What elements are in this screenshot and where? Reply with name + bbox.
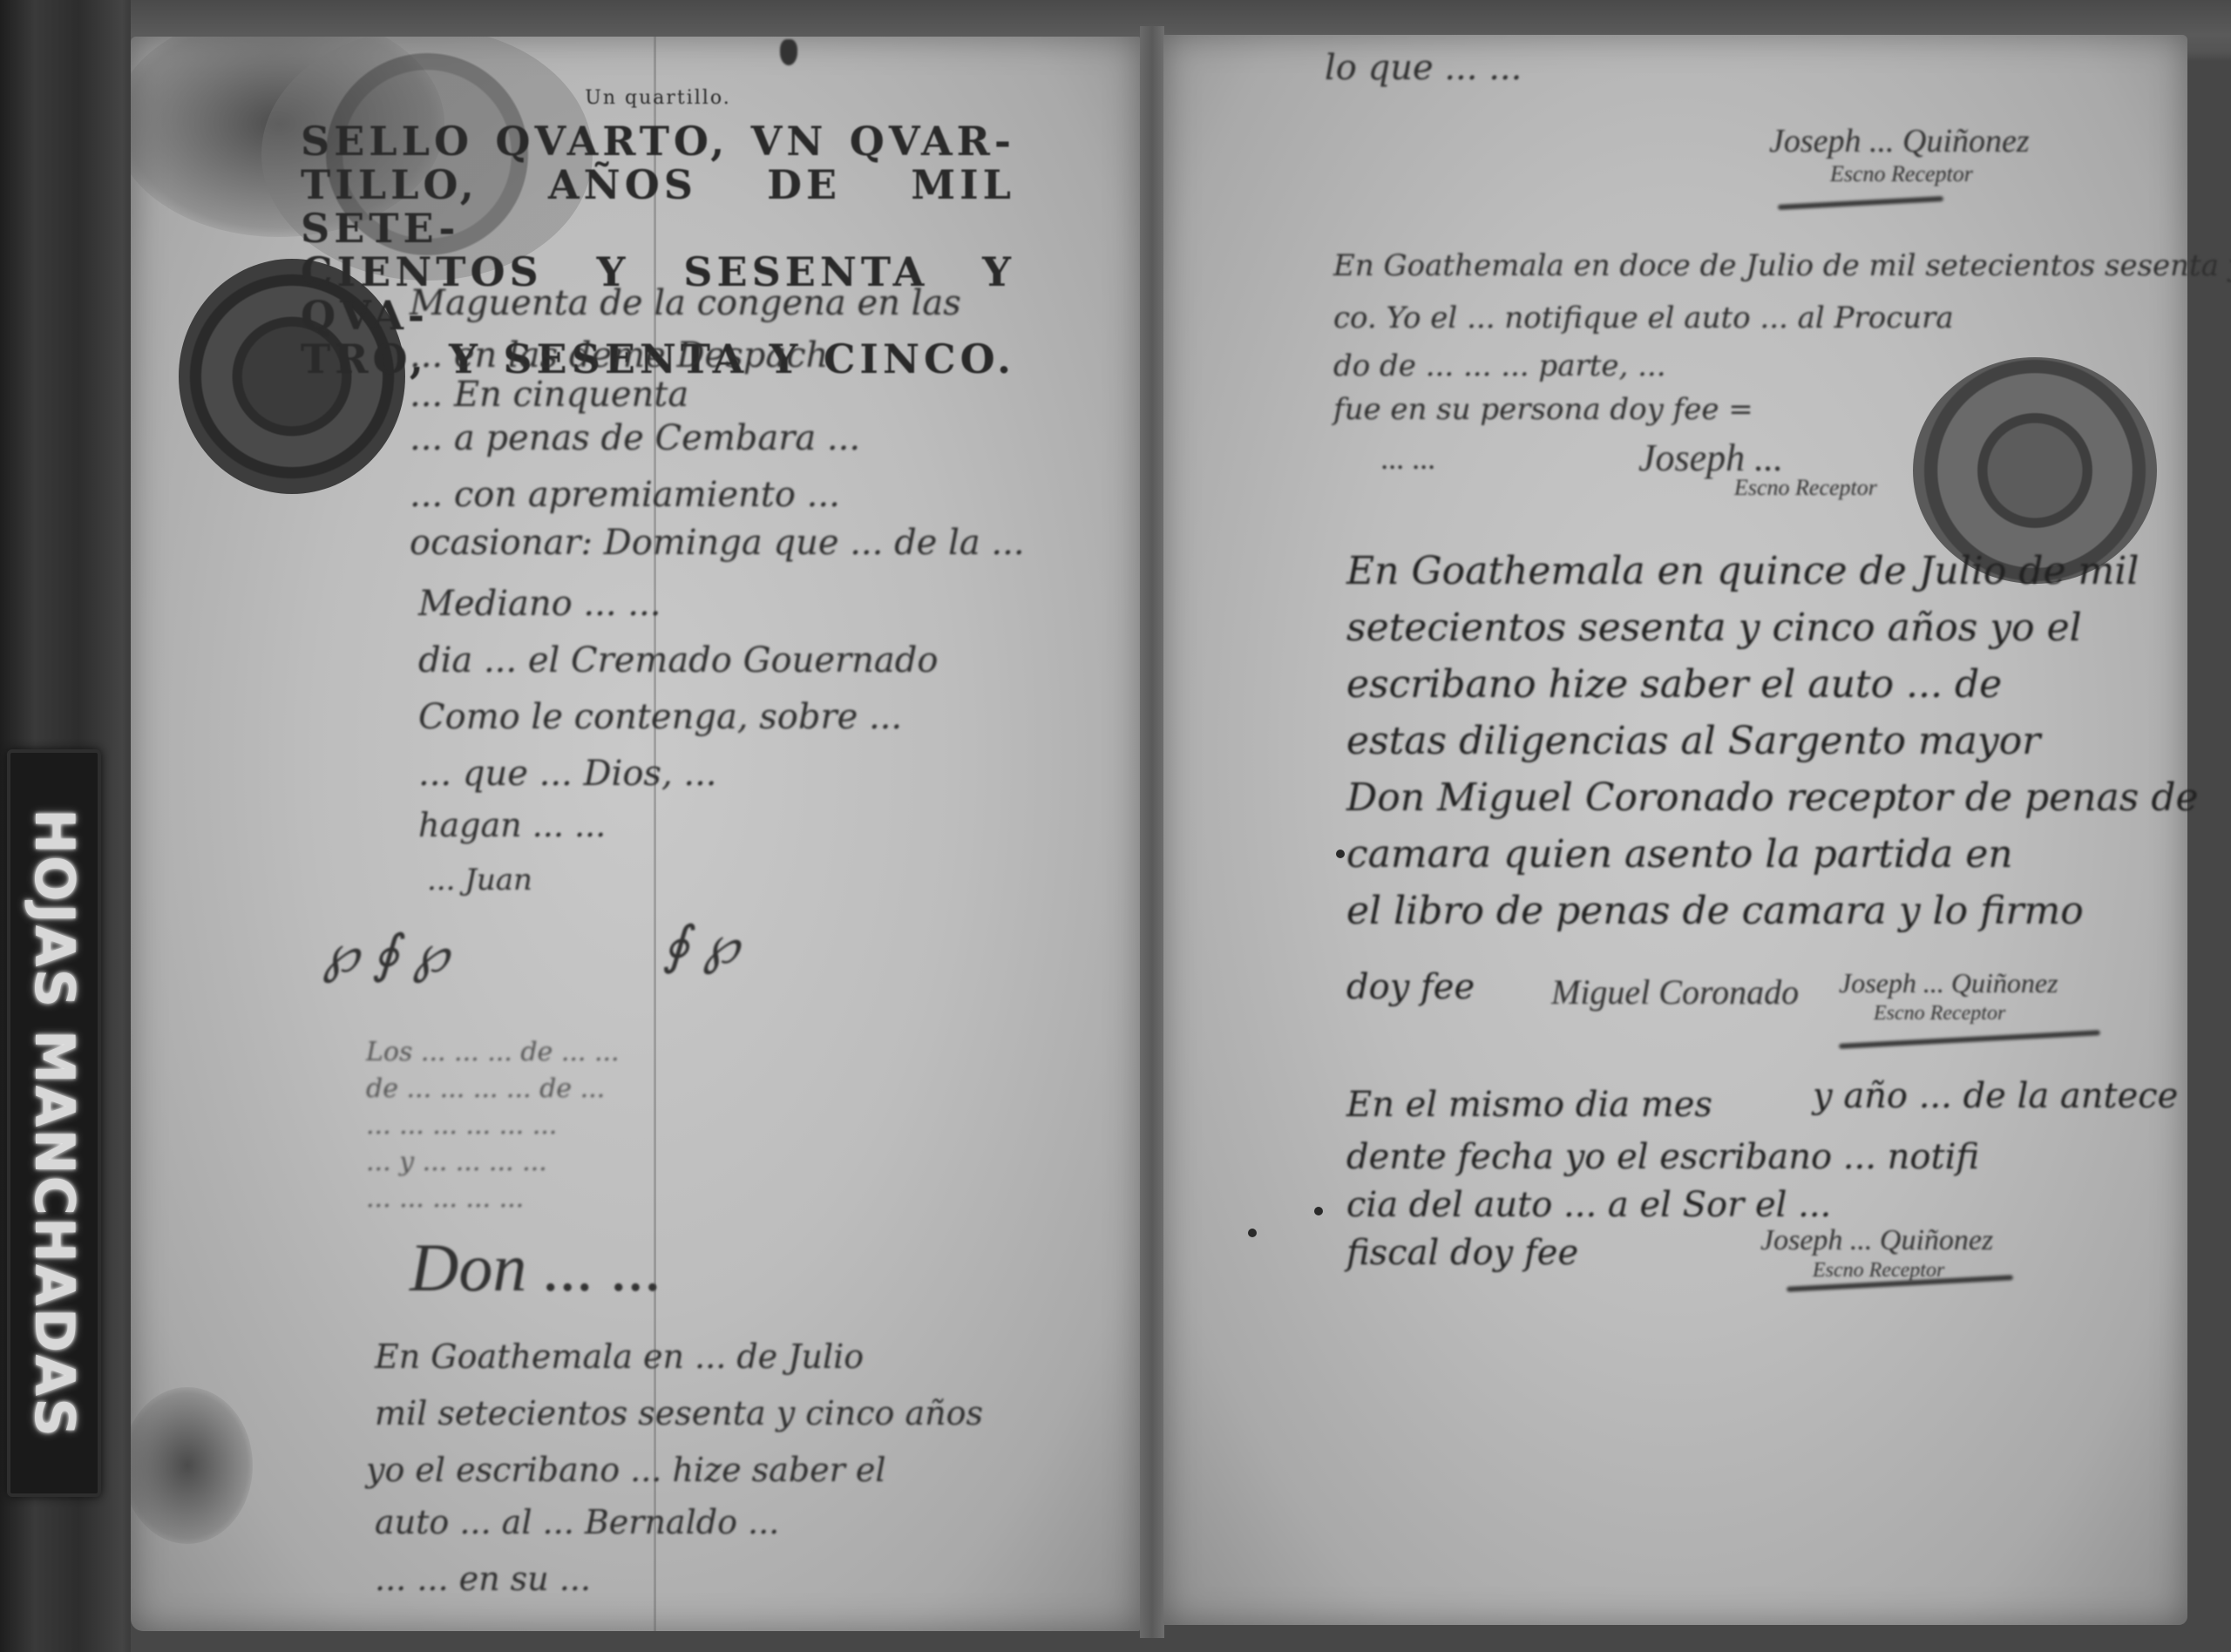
side-label-tab: HOJAS MANCHADAS: [7, 749, 101, 1497]
handwritten-line: do de ... ... ... parte, ...: [1333, 349, 1666, 383]
signature-entry-two-left: Miguel Coronado: [1551, 972, 1799, 1012]
handwritten-line: ... En cinquenta: [410, 375, 688, 415]
header-line: TILLO, AÑOS DE MIL SETE-: [301, 163, 1015, 250]
signature-title: Escno Receptor: [1734, 475, 1877, 501]
handwritten-line: dente fecha yo el escribano ... notifi: [1346, 1137, 1979, 1177]
handwritten-line: dia ... el Cremado Gouernado: [418, 640, 938, 680]
margin-dot: [1314, 1207, 1323, 1215]
margin-note-line: ... y ... ... ... ...: [366, 1147, 547, 1177]
rubric-flourish: ∮ ℘: [662, 915, 739, 976]
margin-note-line: Los ... ... ... de ... ...: [366, 1037, 620, 1067]
handwritten-line: ... con apremiamiento ...: [410, 475, 840, 515]
handwritten-line: hagan ... ...: [418, 806, 606, 844]
margin-dot: [1248, 1229, 1257, 1237]
signature-entry-two-right: Joseph ... Quiñonez: [1839, 967, 2058, 999]
handwritten-line: ... ... en su ...: [375, 1560, 591, 1598]
handwritten-line: yo el escribano ... hize saber el: [366, 1451, 886, 1489]
handwritten-line: En Goathemala en quince de Julio de mil: [1346, 549, 2139, 593]
handwritten-line: Don Miguel Coronado receptor de penas de: [1346, 775, 2199, 820]
signature-entry-three: Joseph ... Quiñonez: [1760, 1224, 1993, 1257]
handwritten-line: En el mismo dia mes: [1346, 1085, 1712, 1125]
handwritten-line: co. Yo el ... notifique el auto ... al P…: [1333, 301, 1954, 335]
handwritten-line: setecientos sesenta y cinco años yo el: [1346, 606, 2082, 650]
handwritten-line: camara quien asento la partida en: [1346, 832, 2013, 877]
header-price: Un quartillo.: [301, 87, 1015, 109]
signature-title: Escno Receptor: [1830, 161, 1973, 187]
handwritten-line: Maguenta de la congena en las: [410, 283, 961, 323]
margin-note-line: de ... ... ... ... de ...: [366, 1073, 605, 1104]
handwritten-line: doy fee: [1346, 967, 1475, 1007]
margin-dot: [1336, 850, 1345, 858]
cross-mark-icon: [780, 39, 797, 65]
handwritten-line: y año ... de la antece: [1813, 1076, 2178, 1116]
handwritten-line: ... Juan: [427, 863, 532, 897]
handwritten-line: estas diligencias al Sargento mayor: [1346, 719, 2040, 763]
handwritten-line: el libro de penas de camara y lo firmo: [1346, 889, 2084, 933]
water-stain: [131, 1387, 253, 1544]
rubric-flourish: ℘ ∮ ℘: [322, 924, 449, 985]
right-top-line: lo que ... ...: [1325, 48, 1522, 88]
handwritten-line: ... en las deme Despach: [410, 335, 828, 376]
page-gutter: [1140, 26, 1164, 1638]
handwritten-line: ocasionar: Dominga que ... de la ...: [410, 523, 1025, 563]
signature-entry-one-left: ... ...: [1381, 440, 1436, 477]
handwritten-line: Como le contenga, sobre ...: [418, 697, 902, 737]
margin-note-line: ... ... ... ... ... ...: [366, 1110, 557, 1141]
side-label-text: HOJAS MANCHADAS: [23, 809, 86, 1439]
header-line: SELLO QVARTO, VN QVAR-: [301, 119, 1015, 163]
signature-entry-one-right: Joseph ...: [1638, 436, 1783, 480]
signature-left-page: Don ... ...: [410, 1229, 662, 1307]
margin-note-line: ... ... ... ... ...: [366, 1183, 524, 1214]
handwritten-line: cia del auto ... a el Sor el ...: [1346, 1185, 1831, 1225]
handwritten-line: Mediano ... ...: [418, 584, 661, 624]
handwritten-line: fiscal doy fee: [1346, 1233, 1578, 1273]
handwritten-line: escribano hize saber el auto ... de: [1346, 662, 2002, 707]
handwritten-line: fue en su persona doy fee =: [1333, 392, 1753, 427]
handwritten-line: ... que ... Dios, ...: [418, 754, 717, 794]
handwritten-line: ... a penas de Cembara ...: [410, 418, 860, 458]
handwritten-line: En Goathemala en ... de Julio: [375, 1337, 864, 1376]
signature-top-right: Joseph ... Quiñonez: [1769, 122, 2030, 160]
handwritten-line: mil setecientos sesenta y cinco años: [375, 1394, 983, 1432]
signature-title: Escno Receptor: [1874, 1002, 2005, 1026]
handwritten-line: En Goathemala en doce de Julio de mil se…: [1333, 248, 2231, 283]
handwritten-line: auto ... al ... Bernaldo ...: [375, 1503, 779, 1541]
